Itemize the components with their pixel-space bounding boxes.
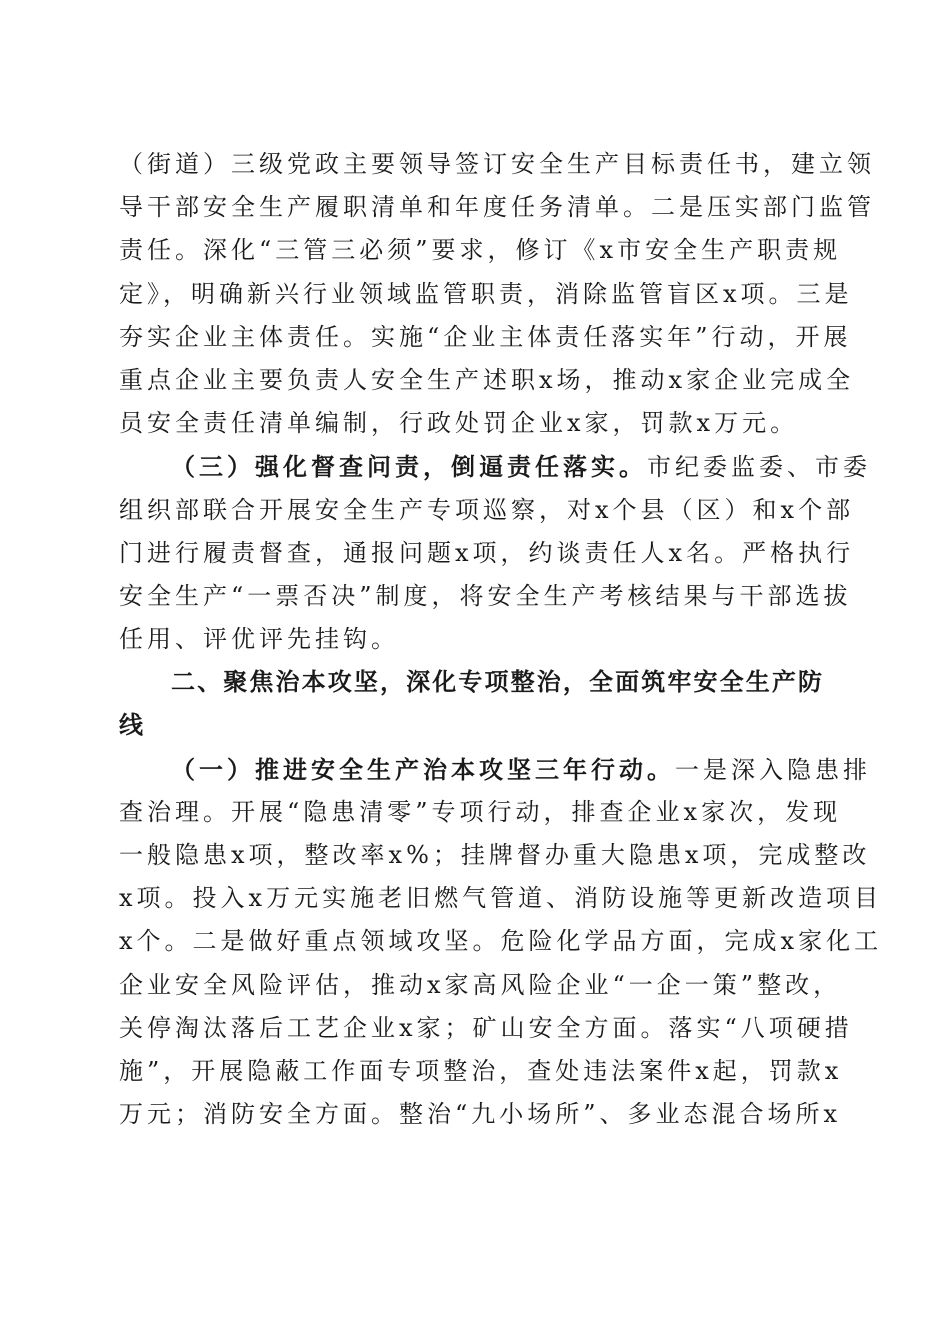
subheading: （一）推进安全生产治本攻坚三年行动。 <box>171 755 675 784</box>
paragraph: （一）推进安全生产治本攻坚三年行动。一是深入隐患排 查治理。开展“隐患清零”专项… <box>119 748 823 1137</box>
text-line: 重点企业主要负责人安全生产述职x场，推动x家企业完成全 <box>119 359 823 402</box>
text-line: 组织部联合开展安全生产专项巡察，对x个县（区）和x个部 <box>119 489 823 532</box>
text-line: 任用、评优评先挂钩。 <box>119 618 823 661</box>
document-page: （街道）三级党政主要领导签订安全生产目标责任书，建立领 导干部安全生产履职清单和… <box>119 143 823 1136</box>
paragraph: （三）强化督查问责，倒逼责任落实。市纪委监委、市委 组织部联合开展安全生产专项巡… <box>119 445 823 661</box>
subheading: （三）强化督查问责，倒逼责任落实。 <box>171 452 647 481</box>
text-line: 施”，开展隐蔽工作面专项整治，查处违法案件x起，罚款x <box>119 1050 823 1093</box>
heading-line: 二、聚焦治本攻坚，深化专项整治，全面筑牢安全生产防 <box>119 661 823 704</box>
text-line: x项。投入x万元实施老旧燃气管道、消防设施等更新改造项目 <box>119 877 823 920</box>
paragraph: （街道）三级党政主要领导签订安全生产目标责任书，建立领 导干部安全生产履职清单和… <box>119 143 823 445</box>
text-line: x个。二是做好重点领域攻坚。危险化学品方面，完成x家化工 <box>119 920 823 963</box>
heading-line: 线 <box>119 704 823 747</box>
text-line: 企业安全风险评估，推动x家高风险企业“一企一策”整改， <box>119 964 823 1007</box>
text-line: 一般隐患x项，整改率x%；挂牌督办重大隐患x项，完成整改 <box>119 834 823 877</box>
text-span: 一是深入隐患排 <box>675 756 871 784</box>
text-line: 万元；消防安全方面。整治“九小场所”、多业态混合场所x <box>119 1093 823 1136</box>
text-line: 导干部安全生产履职清单和年度任务清单。二是压实部门监管 <box>119 186 823 229</box>
text-line: （街道）三级党政主要领导签订安全生产目标责任书，建立领 <box>119 143 823 186</box>
text-line: 定》，明确新兴行业领域监管职责，消除监管盲区x项。三是 <box>119 273 823 316</box>
text-line: （一）推进安全生产治本攻坚三年行动。一是深入隐患排 <box>119 748 823 791</box>
text-line: 责任。深化“三管三必须”要求，修订《x市安全生产职责规 <box>119 229 823 272</box>
text-span: 市纪委监委、市委 <box>647 453 871 481</box>
text-line: 关停淘汰落后工艺企业x家；矿山安全方面。落实“八项硬措 <box>119 1007 823 1050</box>
text-line: 员安全责任清单编制，行政处罚企业x家，罚款x万元。 <box>119 402 823 445</box>
text-line: 夯实企业主体责任。实施“企业主体责任落实年”行动，开展 <box>119 316 823 359</box>
section-heading: 二、聚焦治本攻坚，深化专项整治，全面筑牢安全生产防 线 <box>119 661 823 747</box>
text-line: 门进行履责督查，通报问题x项，约谈责任人x名。严格执行 <box>119 532 823 575</box>
text-line: 安全生产“一票否决”制度，将安全生产考核结果与干部选拔 <box>119 575 823 618</box>
text-line: 查治理。开展“隐患清零”专项行动，排查企业x家次，发现 <box>119 791 823 834</box>
text-line: （三）强化督查问责，倒逼责任落实。市纪委监委、市委 <box>119 445 823 488</box>
